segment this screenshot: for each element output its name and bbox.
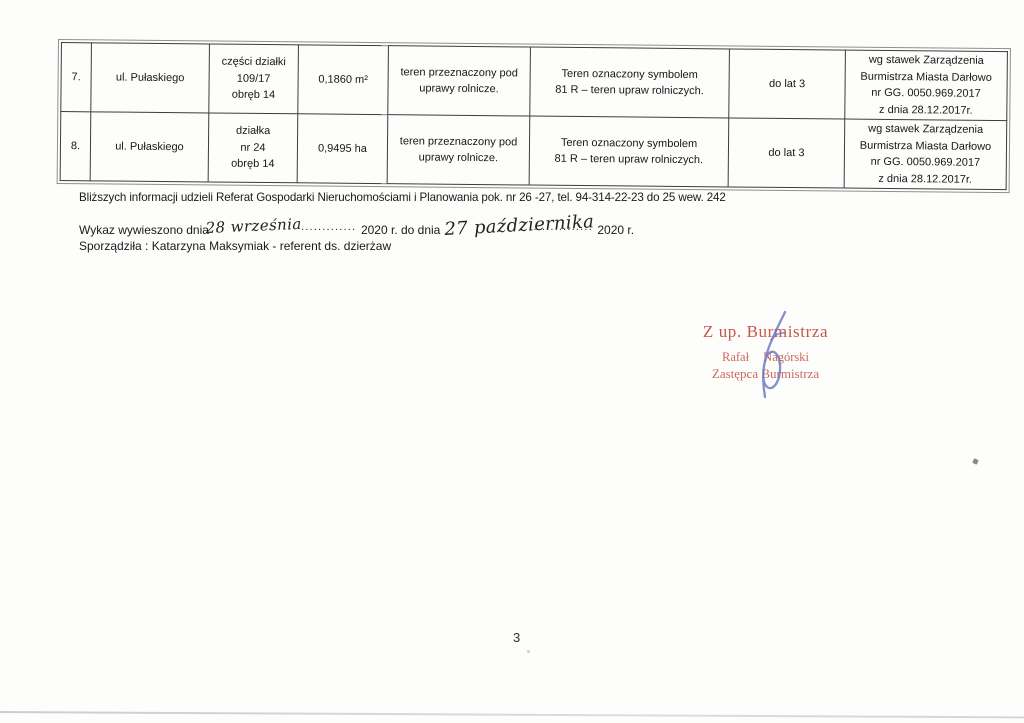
info-line: Bliższych informacji udzieli Referat Gos… — [79, 191, 726, 204]
ordinal-cell: 7. — [61, 43, 92, 112]
posting-suffix: 2020 r. — [597, 223, 634, 237]
posted-from-date-handwritten: 28 września — [205, 215, 302, 237]
page-number: 3 — [513, 630, 520, 645]
purpose-cell: teren przeznaczony pod uprawy rolnicze. — [387, 115, 530, 185]
posted-to-blank: ........................27 października — [445, 221, 591, 234]
table-row: 7. ul. Pułaskiego części działki 109/17 … — [61, 43, 1008, 121]
scanned-document-page: 7. ul. Pułaskiego części działki 109/17 … — [0, 0, 1024, 723]
designation-cell: Teren oznaczony symbolem 81 R – teren up… — [529, 116, 729, 187]
prepared-by-line: Sporządziła : Katarzyna Maksymiak - refe… — [79, 239, 391, 253]
posted-from-blank: ........................28 września — [209, 221, 357, 234]
rent-basis-cell: wg stawek Zarządzenia Burmistrza Miasta … — [844, 119, 1007, 190]
scan-edge-line — [0, 711, 1024, 718]
dotted-line: ........................ — [301, 221, 357, 233]
area-cell: 0,9495 ha — [297, 114, 388, 184]
posting-middle: 2020 r. do dnia — [361, 223, 440, 237]
posting-line: Wykaz wywieszono dnia...................… — [79, 221, 634, 237]
lease-table-border: 7. ul. Pułaskiego części działki 109/17 … — [57, 39, 1011, 193]
designation-cell: Teren oznaczony symbolem 81 R – teren up… — [530, 47, 730, 118]
street-cell: ul. Pułaskiego — [91, 43, 210, 113]
plot-cell: działka nr 24 obręb 14 — [208, 113, 298, 183]
plot-cell: części działki 109/17 obręb 14 — [209, 44, 299, 114]
ordinal-cell: 8. — [60, 112, 91, 181]
lease-table-wrapper: 7. ul. Pułaskiego części działki 109/17 … — [57, 39, 1011, 198]
street-cell: ul. Pułaskiego — [90, 112, 209, 182]
purpose-cell: teren przeznaczony pod uprawy rolnicze. — [388, 46, 531, 116]
posting-prefix: Wykaz wywieszono dnia — [79, 223, 209, 237]
lease-term-cell: do lat 3 — [729, 49, 846, 119]
area-cell: 0,1860 m² — [298, 45, 389, 115]
posted-to-date-handwritten: 27 października — [444, 211, 595, 240]
handwritten-signature — [738, 309, 800, 401]
table-row: 8. ul. Pułaskiego działka nr 24 obręb 14… — [60, 112, 1007, 190]
scan-speck — [527, 650, 530, 653]
lease-term-cell: do lat 3 — [728, 118, 845, 188]
lease-table: 7. ul. Pułaskiego części działki 109/17 … — [60, 42, 1008, 190]
scan-speck — [972, 458, 979, 465]
rent-basis-cell: wg stawek Zarządzenia Burmistrza Miasta … — [845, 50, 1008, 121]
